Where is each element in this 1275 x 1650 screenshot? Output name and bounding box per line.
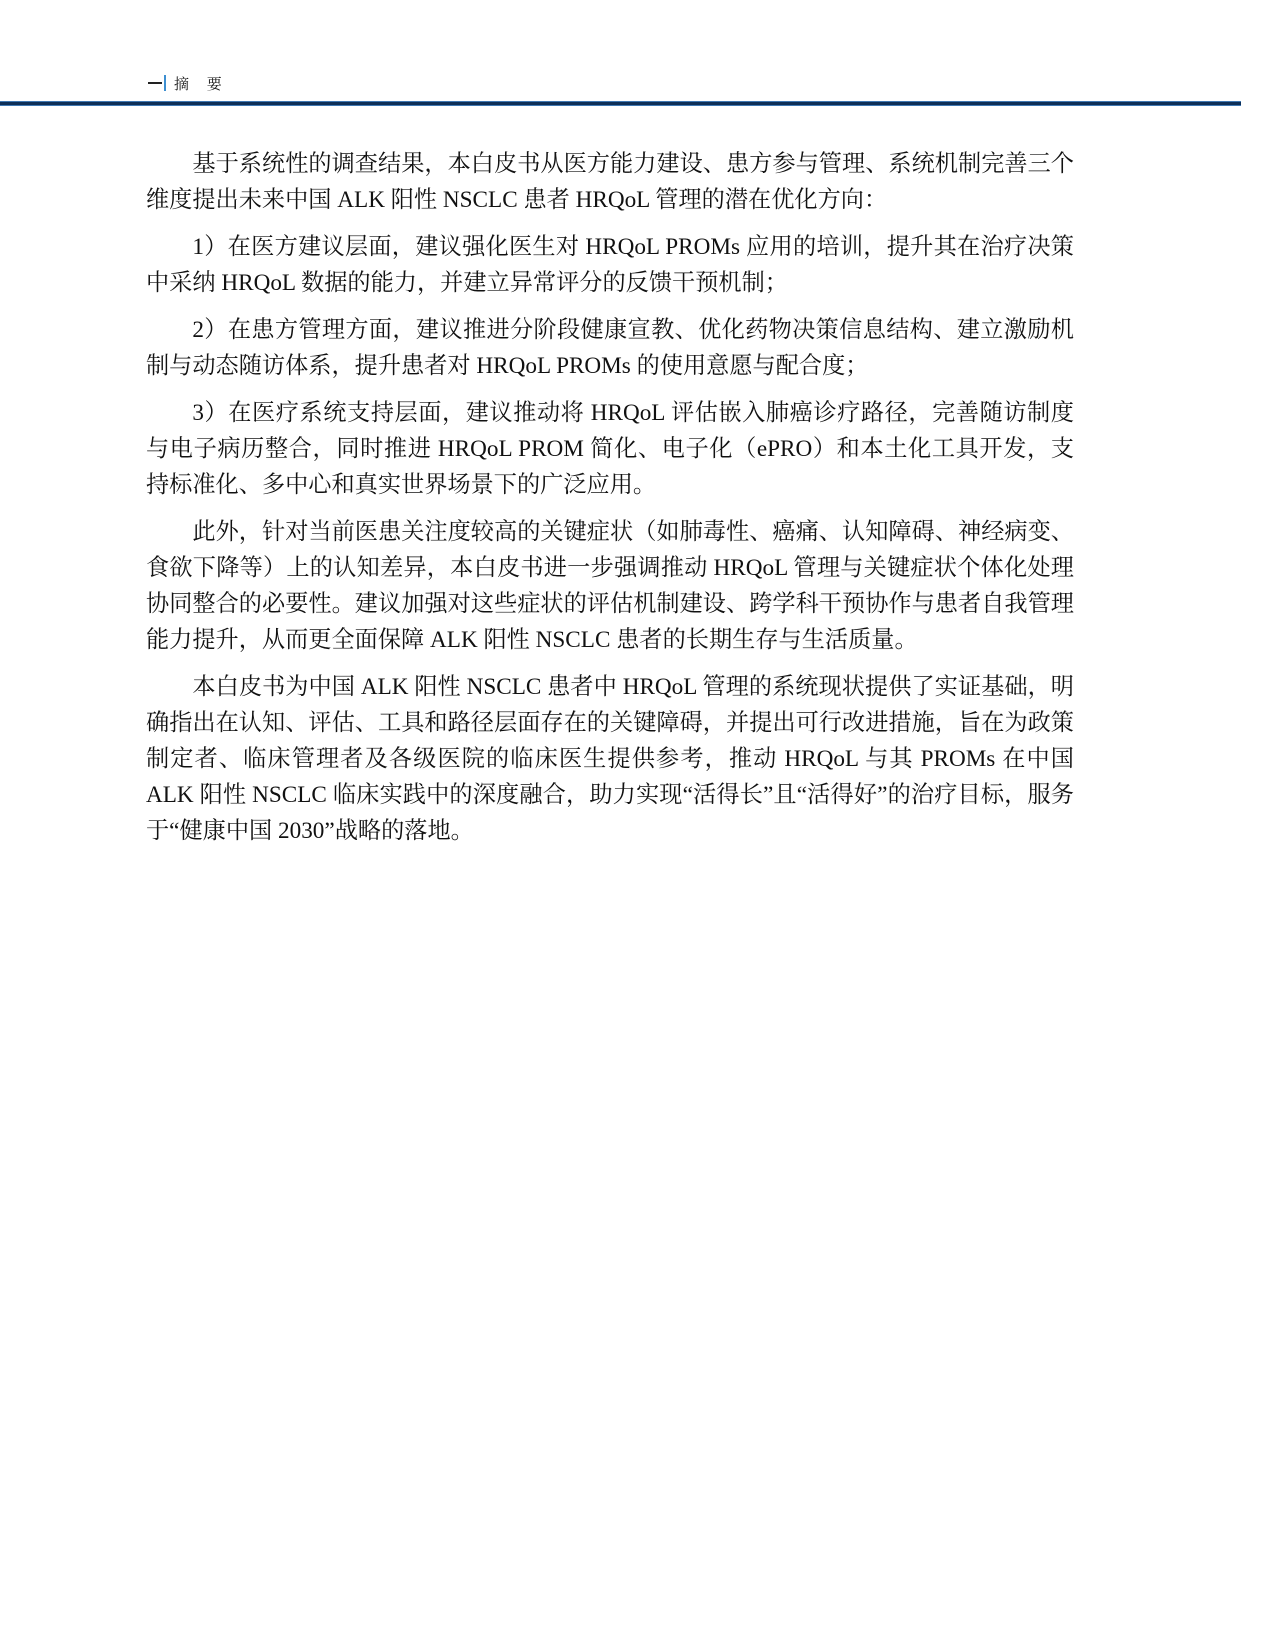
paragraph-recommendation-2: 2）在患方管理方面，建议推进分阶段健康宣教、优化药物决策信息结构、建立激励机制与…	[146, 312, 1074, 384]
paragraph-recommendation-1: 1）在医方建议层面，建议强化医生对 HRQoL PROMs 应用的培训，提升其在…	[146, 229, 1074, 301]
section-marker-bar	[164, 75, 166, 91]
paragraph-key-symptoms: 此外，针对当前医患关注度较高的关键症状（如肺毒性、癌痛、认知障碍、神经病变、食欲…	[146, 514, 1074, 658]
summary-body: 基于系统性的调查结果，本白皮书从医方能力建设、患方参与管理、系统机制完善三个维度…	[146, 146, 1074, 860]
section-marker-dash	[148, 82, 162, 84]
running-header: 摘 要	[148, 72, 229, 94]
paragraph-conclusion: 本白皮书为中国 ALK 阳性 NSCLC 患者中 HRQoL 管理的系统现状提供…	[146, 669, 1074, 849]
paragraph-recommendation-3: 3）在医疗系统支持层面，建议推动将 HRQoL 评估嵌入肺癌诊疗路径，完善随访制…	[146, 395, 1074, 503]
header-rule	[0, 101, 1241, 106]
paragraph-intro: 基于系统性的调查结果，本白皮书从医方能力建设、患方参与管理、系统机制完善三个维度…	[146, 146, 1074, 218]
section-title: 摘 要	[174, 73, 229, 94]
